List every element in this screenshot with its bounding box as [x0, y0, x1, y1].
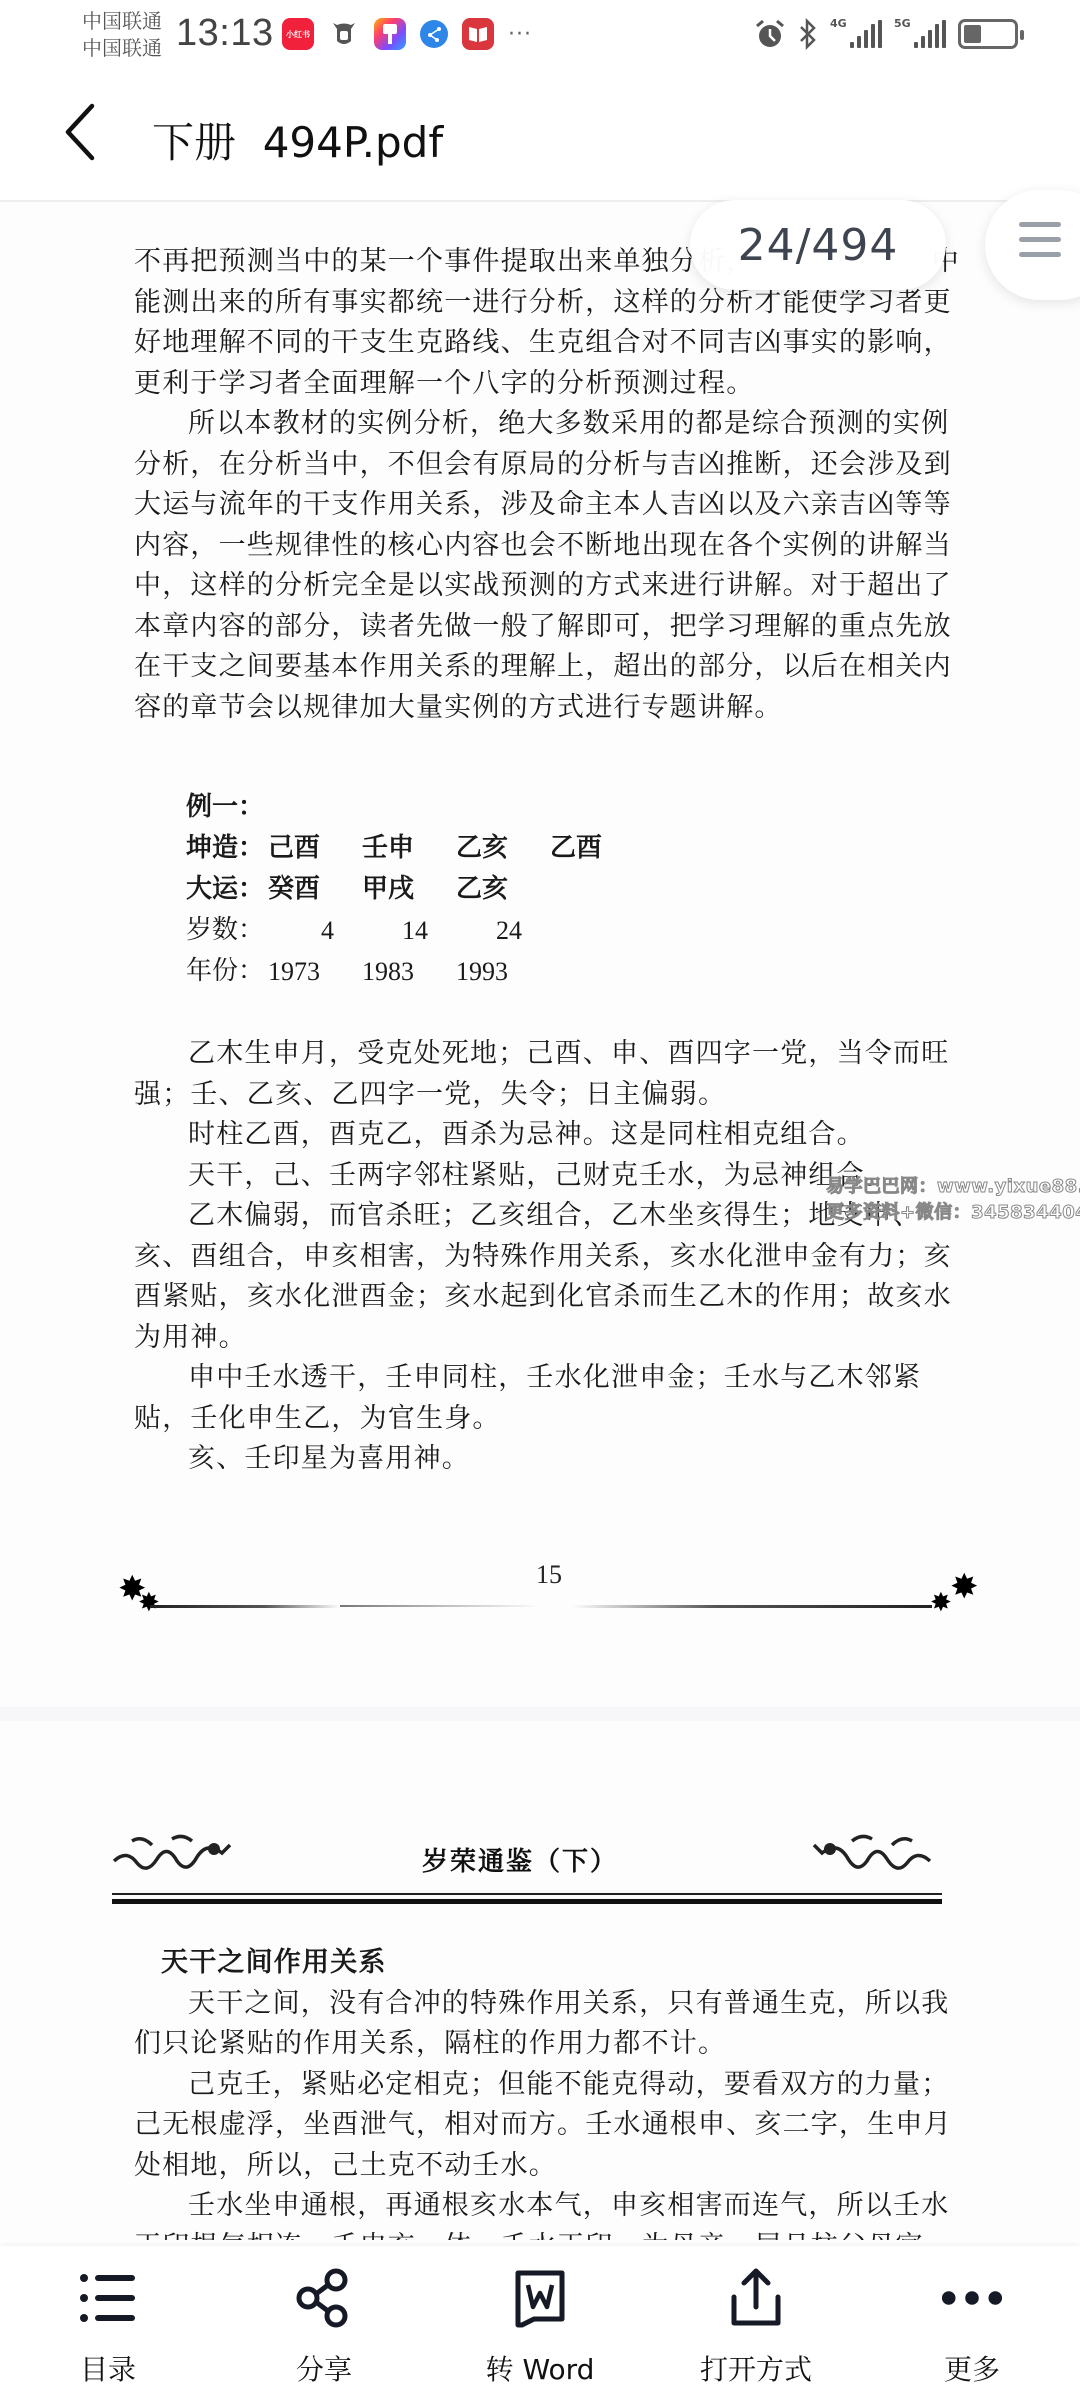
paragraph: 能测出来的所有事实都统一进行分析，这样的分析才能使学习者更好地理解不同的干支生克…: [134, 283, 960, 405]
header-rule-thin: [112, 1893, 942, 1895]
watermark: 易学巴巴网：www.yixue88.cn 更多资料+微信：3458344044: [826, 1174, 1080, 1226]
analysis-text: 乙木生申月，受克处死地；己酉、申、酉四字一党，当令而旺强；壬、乙亥、乙四字一党，…: [134, 1034, 960, 1480]
example-row-dayun: 大运： 癸酉 甲戌 乙亥: [186, 869, 644, 910]
title-bar: 下册 494P.pdf: [0, 72, 1080, 202]
cow-app-icon: [328, 18, 360, 50]
back-button[interactable]: [60, 102, 120, 172]
header-rule-thick: [112, 1899, 942, 1904]
paragraph: 天干之间，没有合冲的特殊作用关系，只有普通生克，所以我们只论紧贴的作用关系，隔柱…: [134, 1984, 960, 2065]
example-title: 例一：: [186, 787, 644, 828]
page-indicator[interactable]: 24/494: [690, 200, 946, 290]
toolbar-open-with-button[interactable]: 打开方式: [648, 2246, 864, 2400]
running-header-title: 岁荣通鉴（下）: [422, 1841, 618, 1878]
carrier-labels: 中国联通 中国联通: [82, 8, 162, 62]
share-icon: [292, 2266, 356, 2330]
dragon-ornament-icon: [112, 1831, 232, 1881]
paragraph: 所以本教材的实例分析，绝大多数采用的都是综合预测的实例分析，在分析当中，不但会有…: [134, 404, 960, 728]
page-number: 15: [536, 1560, 562, 1590]
intro-text: 不再把预测当中的某一个事件提取出来单独分析，中 能测出来的所有事实都统一进行分析…: [134, 242, 960, 728]
example-row-kunzao: 坤造： 己酉 壬申 乙亥 乙酉: [186, 828, 644, 869]
browser-globe-icon: [420, 20, 448, 48]
pdf-page-15: 不再把预测当中的某一个事件提取出来单独分析，中 能测出来的所有事实都统一进行分析…: [0, 202, 1080, 1707]
pdf-page-16: 岁荣通鉴（下） 天干之间作用关系 天干之间，没有合冲的特殊作用关系，只有普通生克…: [0, 1721, 1080, 2240]
status-bar: 中国联通 中国联通 13:13 小红书 ··· 4G 5G: [0, 0, 1080, 72]
hamburger-icon: [1019, 222, 1061, 267]
dragon-ornament-icon: [812, 1831, 932, 1881]
battery-icon: [958, 19, 1018, 49]
bluetooth-icon: [798, 18, 818, 50]
paragraph: 时柱乙酉，酉克乙，酉杀为忌神。这是同柱相克组合。: [134, 1115, 960, 1156]
alarm-icon: [754, 18, 786, 50]
toolbar-toc-button[interactable]: 目录: [0, 2246, 216, 2400]
page-footer: ✸ ✸ 15 ✸ ✸: [100, 1542, 980, 1622]
example-row-year: 年份： 1973 1983 1993: [186, 951, 644, 992]
section-heading: 天干之间作用关系: [134, 1943, 960, 1984]
list-icon: [76, 2266, 140, 2330]
system-icons: 4G 5G: [754, 18, 1018, 50]
example-row-age: 岁数： 4 14 24: [186, 910, 644, 951]
chevron-left-icon: [60, 102, 100, 162]
footer-rule-left-fade: [340, 1605, 540, 1607]
paragraph: 乙木生申月，受克处死地；己酉、申、酉四字一党，当令而旺强；壬、乙亥、乙四字一党，…: [134, 1034, 960, 1115]
maple-leaf-icon: ✸: [950, 1570, 979, 1604]
document-title: 下册 494P.pdf: [152, 110, 443, 170]
toolbar-to-word-button[interactable]: 转 Word: [432, 2246, 648, 2400]
toolbar-more-button[interactable]: 更多: [864, 2246, 1080, 2400]
running-header: 岁荣通鉴（下）: [112, 1831, 942, 1911]
paint-app-icon: [374, 18, 406, 50]
notification-icons: 小红书 ···: [282, 18, 532, 50]
pdf-viewer[interactable]: 不再把预测当中的某一个事件提取出来单独分析，中 能测出来的所有事实都统一进行分析…: [0, 202, 1080, 2240]
page2-text: 天干之间作用关系 天干之间，没有合冲的特殊作用关系，只有普通生克，所以我们只论紧…: [134, 1943, 960, 2240]
word-convert-icon: [508, 2266, 572, 2330]
xiaohongshu-icon: 小红书: [282, 18, 314, 50]
clock: 13:13: [176, 12, 274, 55]
footer-rule-right: [572, 1605, 932, 1608]
maple-leaf-icon: ✸: [138, 1590, 160, 1616]
page-separator: [0, 1707, 1080, 1721]
footer-rule-left: [150, 1605, 340, 1608]
reader-book-icon: [462, 18, 494, 50]
maple-leaf-icon: ✸: [930, 1590, 952, 1616]
paragraph: 壬水坐申通根，再通根亥水本气，申亥相害而连气，所以壬水正印根气相连，壬申亥一体，…: [134, 2186, 960, 2240]
signal-5g-icon: 5G: [894, 20, 946, 48]
paragraph: 亥、壬印星为喜用神。: [134, 1439, 960, 1480]
example-chart-table: 例一： 坤造： 己酉 壬申 乙亥 乙酉 大运： 癸酉 甲戌 乙亥 岁数： 4 1…: [186, 787, 644, 992]
signal-4g-icon: 4G: [830, 20, 882, 48]
more-notifications-icon: ···: [508, 22, 532, 47]
upload-open-icon: [724, 2266, 788, 2330]
more-dots-icon: [940, 2266, 1004, 2330]
toolbar-share-button[interactable]: 分享: [216, 2246, 432, 2400]
paragraph: 申中壬水透干，壬申同柱，壬水化泄申金；壬水与乙木邻紧贴，壬化申生乙，为官生身。: [134, 1358, 960, 1439]
carrier-1: 中国联通: [82, 8, 162, 35]
paragraph: 己克壬，紧贴必定相克；但能不能克得动，要看双方的力量；己无根虚浮，坐酉泄气，相对…: [134, 2065, 960, 2187]
bottom-toolbar: 目录 分享 转 Word 打开方式 更多: [0, 2246, 1080, 2400]
carrier-2: 中国联通: [82, 35, 162, 62]
